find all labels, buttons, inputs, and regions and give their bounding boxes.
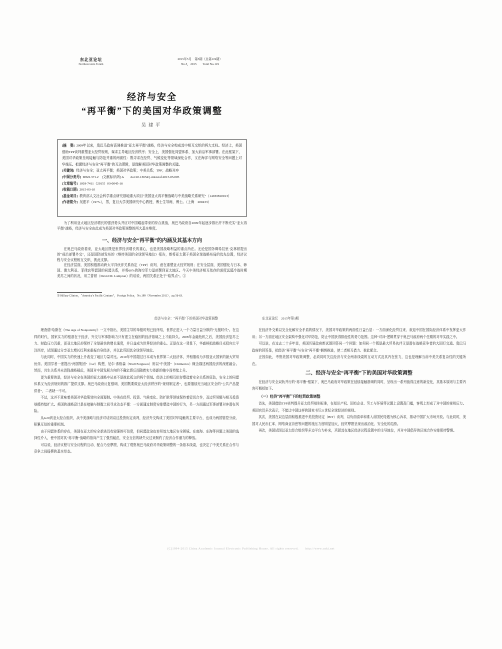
section-2-intro-paragraph: 在经济与安全双轨并行的“再平衡”框架下，奥巴马政府对华政策在延续接触基调的同时，…: [252, 379, 466, 393]
cnki-footer-block: (C)1994-2015 China Academic Journal Elec…: [0, 546, 502, 555]
page3-paragraph: 再次，美国试图以亚太经合组织等多边平台为补充，巩固其在地区经济议程设置中的主导地…: [252, 428, 466, 435]
page3-body-column: 在经济外交难以完全化解安全矛盾的情况下，美国对华政策的两面性日益凸显：一方面深化…: [252, 327, 466, 529]
page3-paragraph: 在经济外交难以完全化解安全矛盾的情况下，美国对华政策的两面性日益凸显：一方面深化…: [252, 327, 466, 341]
intro-paragraph-block: 为了利用亚太地区经济增长的强劲势头并应对中国崛起带来的综合挑战，奥巴马政府自20…: [57, 221, 247, 234]
page3-paragraph: 首先，美国借助TPP谈判提升亚太经贸规则标准，在知识产权、国有企业、劳工与环境等…: [252, 401, 466, 415]
page2-paragraph: 理查德·哈斯在《The Age of Nonpolarity》一文中指出，美国主…: [34, 327, 239, 354]
page3-top-paragraphs: 在经济外交难以完全化解安全矛盾的情况下，美国对华政策的两面性日益凸显：一方面深化…: [252, 327, 466, 368]
page3-running-header-block: 东北亚论坛 2015年第3期: [262, 316, 462, 325]
page2-paragraph: 更为重要的是，经济与安全在美国的亚太战略中从来不是彼此孤立的两个领域。经济上的相…: [34, 374, 239, 394]
author-name: 吴建平: [57, 121, 247, 128]
page3-paragraph: 正因如此，考察美国对华政策调整，必须同时关注经济与安全两条线索的互动方式及其内在…: [252, 354, 466, 368]
page2-running-header-block: 经济与安全：“再平衡”下的美国对华政策调整: [34, 316, 218, 325]
footnote-divider: [57, 292, 102, 293]
section-1-paragraph: 在奥巴马政府看来，亚太地区既是世界经济增长的重心，也是美国战略利益的重点所在。无…: [57, 247, 247, 263]
cnki-footer-text: (C)1994-2015 China Academic Journal Elec…: [0, 546, 502, 551]
journal-name-block: 东北亚论坛 Northeast Asia Forum: [58, 57, 124, 75]
abstract-field: [摘 要] 2009年以来，奥巴马政府高调推进“亚太再平衡”战略，经济与安全构成…: [62, 143, 242, 168]
page2-paragraph: 不过，这并不意味着美国对华政策转向全面遏制。中美在经贸、投资、气候变化、防扩散等…: [34, 395, 239, 415]
page3-bottom-paragraphs: 首先，美国借助TPP谈判提升亚太经贸规则标准，在知识产权、国有企业、劳工与环境等…: [252, 401, 466, 435]
scanned-paper-page: 东北亚论坛 Northeast Asia Forum 2015年5月 第3期（总…: [0, 0, 502, 649]
intro-paragraphs: 为了利用亚太地区经济增长的强劲势头并应对中国崛起带来的综合挑战，奥巴马政府自20…: [57, 221, 247, 232]
page3-running-header: 东北亚论坛 2015年第3期: [262, 316, 462, 321]
section-1-body: 在奥巴马政府看来，亚太地区既是世界经济增长的重心，也是美国战略利益的重点所在。无…: [57, 247, 247, 291]
article-title-line1: 经济与安全: [47, 91, 257, 105]
page2-paragraph: 从G20到亚太经合组织，从中美战略与经济对话到双边投资协定谈判，经济外交构成了美…: [34, 415, 239, 429]
page2-running-header: 经济与安全：“再平衡”下的美国对华政策调整: [34, 316, 218, 321]
page2-body-column: 理查德·哈斯在《The Age of Nonpolarity》一文中指出，美国主…: [34, 327, 239, 527]
section-2-heading: 二、经济与安全“再平衡”下的美国对华政策调整: [252, 370, 466, 377]
article-title-line2: “再平衡”下的美国对华政策调整: [47, 105, 257, 119]
page2-paragraph: 与此同时，中国实力的快速上升改变了地区力量对比。2010年中国超过日本成为世界第…: [34, 354, 239, 374]
page3-paragraph: 可以说，在过去二十多年里，美国历届政府都试图回答同一个问题：如何同一个既是最大贸…: [252, 341, 466, 355]
journal-issue-block: 2015年5月 第3期（总第119期） No.3，2015 Total No.1…: [154, 57, 246, 77]
footnote-block: ① Hillary Clinton，“America’s Pacific Cen…: [57, 294, 247, 305]
author-block: 吴建平: [57, 121, 247, 135]
article-title: 经济与安全 “再平衡”下的美国对华政策调整: [47, 91, 257, 118]
journal-name-cn: 东北亚论坛: [58, 57, 124, 63]
section-1-heading: 一、经济与安全“再平衡”的内涵及其基本方向: [57, 236, 247, 244]
issue-line-en: No.3，2015 Total No.119: [154, 62, 246, 67]
abstract-field: [作者简介] 吴建平（1975-），男，复旦大学美国研究中心教授，博士生导师，博…: [62, 200, 242, 206]
page2-paragraph: 可以说，经济议程与安全议程的互动、配合乃至摩擦，构成了观察奥巴马政府对华政策调整…: [34, 442, 239, 456]
subsection-1-heading: （一）经济“再平衡”下的经贸政策调整: [252, 393, 466, 400]
footnote-text: ① Hillary Clinton，“America’s Pacific Cen…: [57, 294, 247, 299]
page2-paragraph: 由于同盟体系的存在，美国在亚太的安全承诺具有较强的可信度，但同盟政治也容易放大地…: [34, 428, 239, 442]
abstract-fields: [摘 要] 2009年以来，奥巴马政府高调推进“亚太再平衡”战略，经济与安全构成…: [62, 143, 242, 206]
section-2-intro: 在经济与安全双轨并行的“再平衡”框架下，奥巴马政府对华政策在延续接触基调的同时，…: [252, 379, 466, 393]
abstract-box: [摘 要] 2009年以来，奥巴马政府高调推进“亚太再平衡”战略，经济与安全构成…: [57, 139, 247, 217]
page3-paragraph: 其次，美国在双边层面积极推进中美投资协定（BIT）谈判，以负面清单和准入前国民待…: [252, 414, 466, 428]
journal-name-en: Northeast Asia Forum: [58, 63, 124, 66]
section-1-paragraph: 在经济层面，美国积极推动跨太平洋伙伴关系协定（TPP）谈判，意在重塑亚太经贸规则…: [57, 263, 247, 279]
intro-paragraph: 为了利用亚太地区经济增长的强劲势头并应对中国崛起带来的综合挑战，奥巴马政府自20…: [57, 221, 247, 232]
